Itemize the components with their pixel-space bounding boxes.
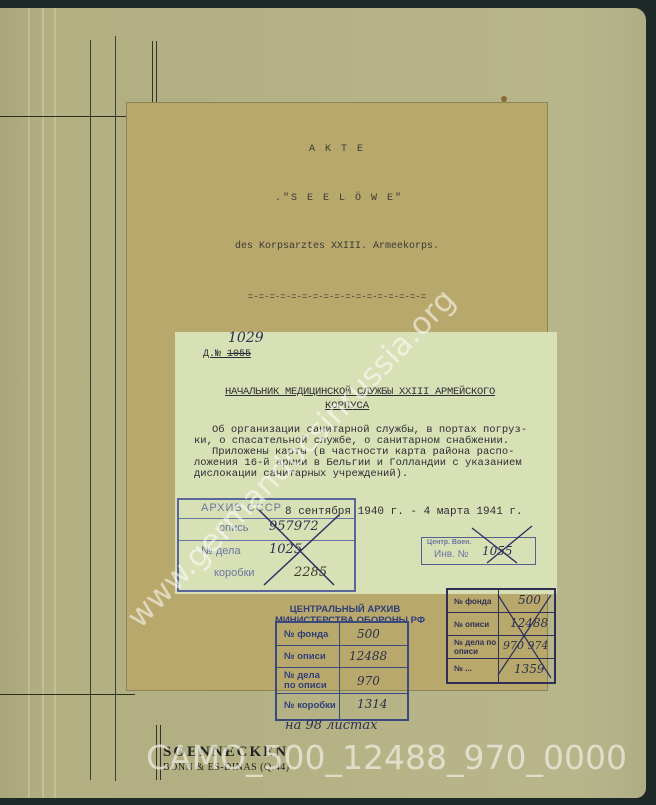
folder-crease	[28, 8, 30, 798]
new-file-number: 1029	[228, 330, 264, 346]
doc-title-seelowe: ."S E E L Ö W E"	[275, 193, 403, 204]
ruled-line	[115, 36, 116, 781]
file-number-label: Д.№ 1055	[203, 349, 251, 360]
fond-label: № фонда	[454, 597, 491, 607]
fond-value: 500	[357, 627, 380, 641]
central-archive-header-line1: ЦЕНТРАЛЬНЫЙ АРХИВ	[275, 604, 415, 615]
opis-label: № описи	[284, 652, 326, 662]
old-file-number: 1055	[227, 349, 251, 360]
inventory-stamp: Центр. Воен. Инв. № 1055	[421, 537, 536, 565]
inv-stamp-label: Инв. №	[434, 549, 468, 560]
ruled-line	[0, 694, 135, 695]
watermark-archive-id: CAMO_500_12488_970_0000	[146, 738, 627, 777]
extra-label: № ...	[454, 664, 472, 674]
rivet-dot	[501, 96, 507, 102]
doc-separator: =-=-=-=-=-=-=-=-=-=-=-=-=-=-=-=-=	[248, 292, 426, 302]
box-value: 1314	[357, 697, 388, 711]
opis-label: № описи	[454, 620, 489, 630]
delo-label: № дела по описи	[284, 671, 327, 691]
sheet-count-note: на 98 листах	[285, 718, 377, 733]
folder-crease	[42, 8, 44, 798]
strike-cross-icon	[467, 523, 537, 573]
doc-title-akte: A K T E	[309, 144, 365, 155]
ruled-line	[90, 40, 91, 780]
ruled-line	[0, 116, 127, 117]
opis-value: 12488	[349, 649, 387, 663]
inv-stamp-header: Центр. Воен.	[427, 539, 471, 546]
central-archive-stamp: № фонда 500 № описи 12488 № дела по опис…	[275, 621, 409, 721]
ruled-line	[152, 41, 157, 111]
folder-crease	[54, 8, 56, 798]
delo-value: 970	[357, 674, 380, 688]
delo-label: № дела по описи	[454, 638, 496, 656]
box-label: № коробки	[284, 701, 336, 711]
strike-cross-icon	[493, 590, 553, 680]
fond-label: № фонда	[284, 630, 328, 640]
doc-subtitle: des Korpsarztes XXIII. Armeekorps.	[235, 241, 439, 252]
right-archive-stamp: № фонда 500 № описи 12488 № дела по опис…	[446, 588, 556, 684]
